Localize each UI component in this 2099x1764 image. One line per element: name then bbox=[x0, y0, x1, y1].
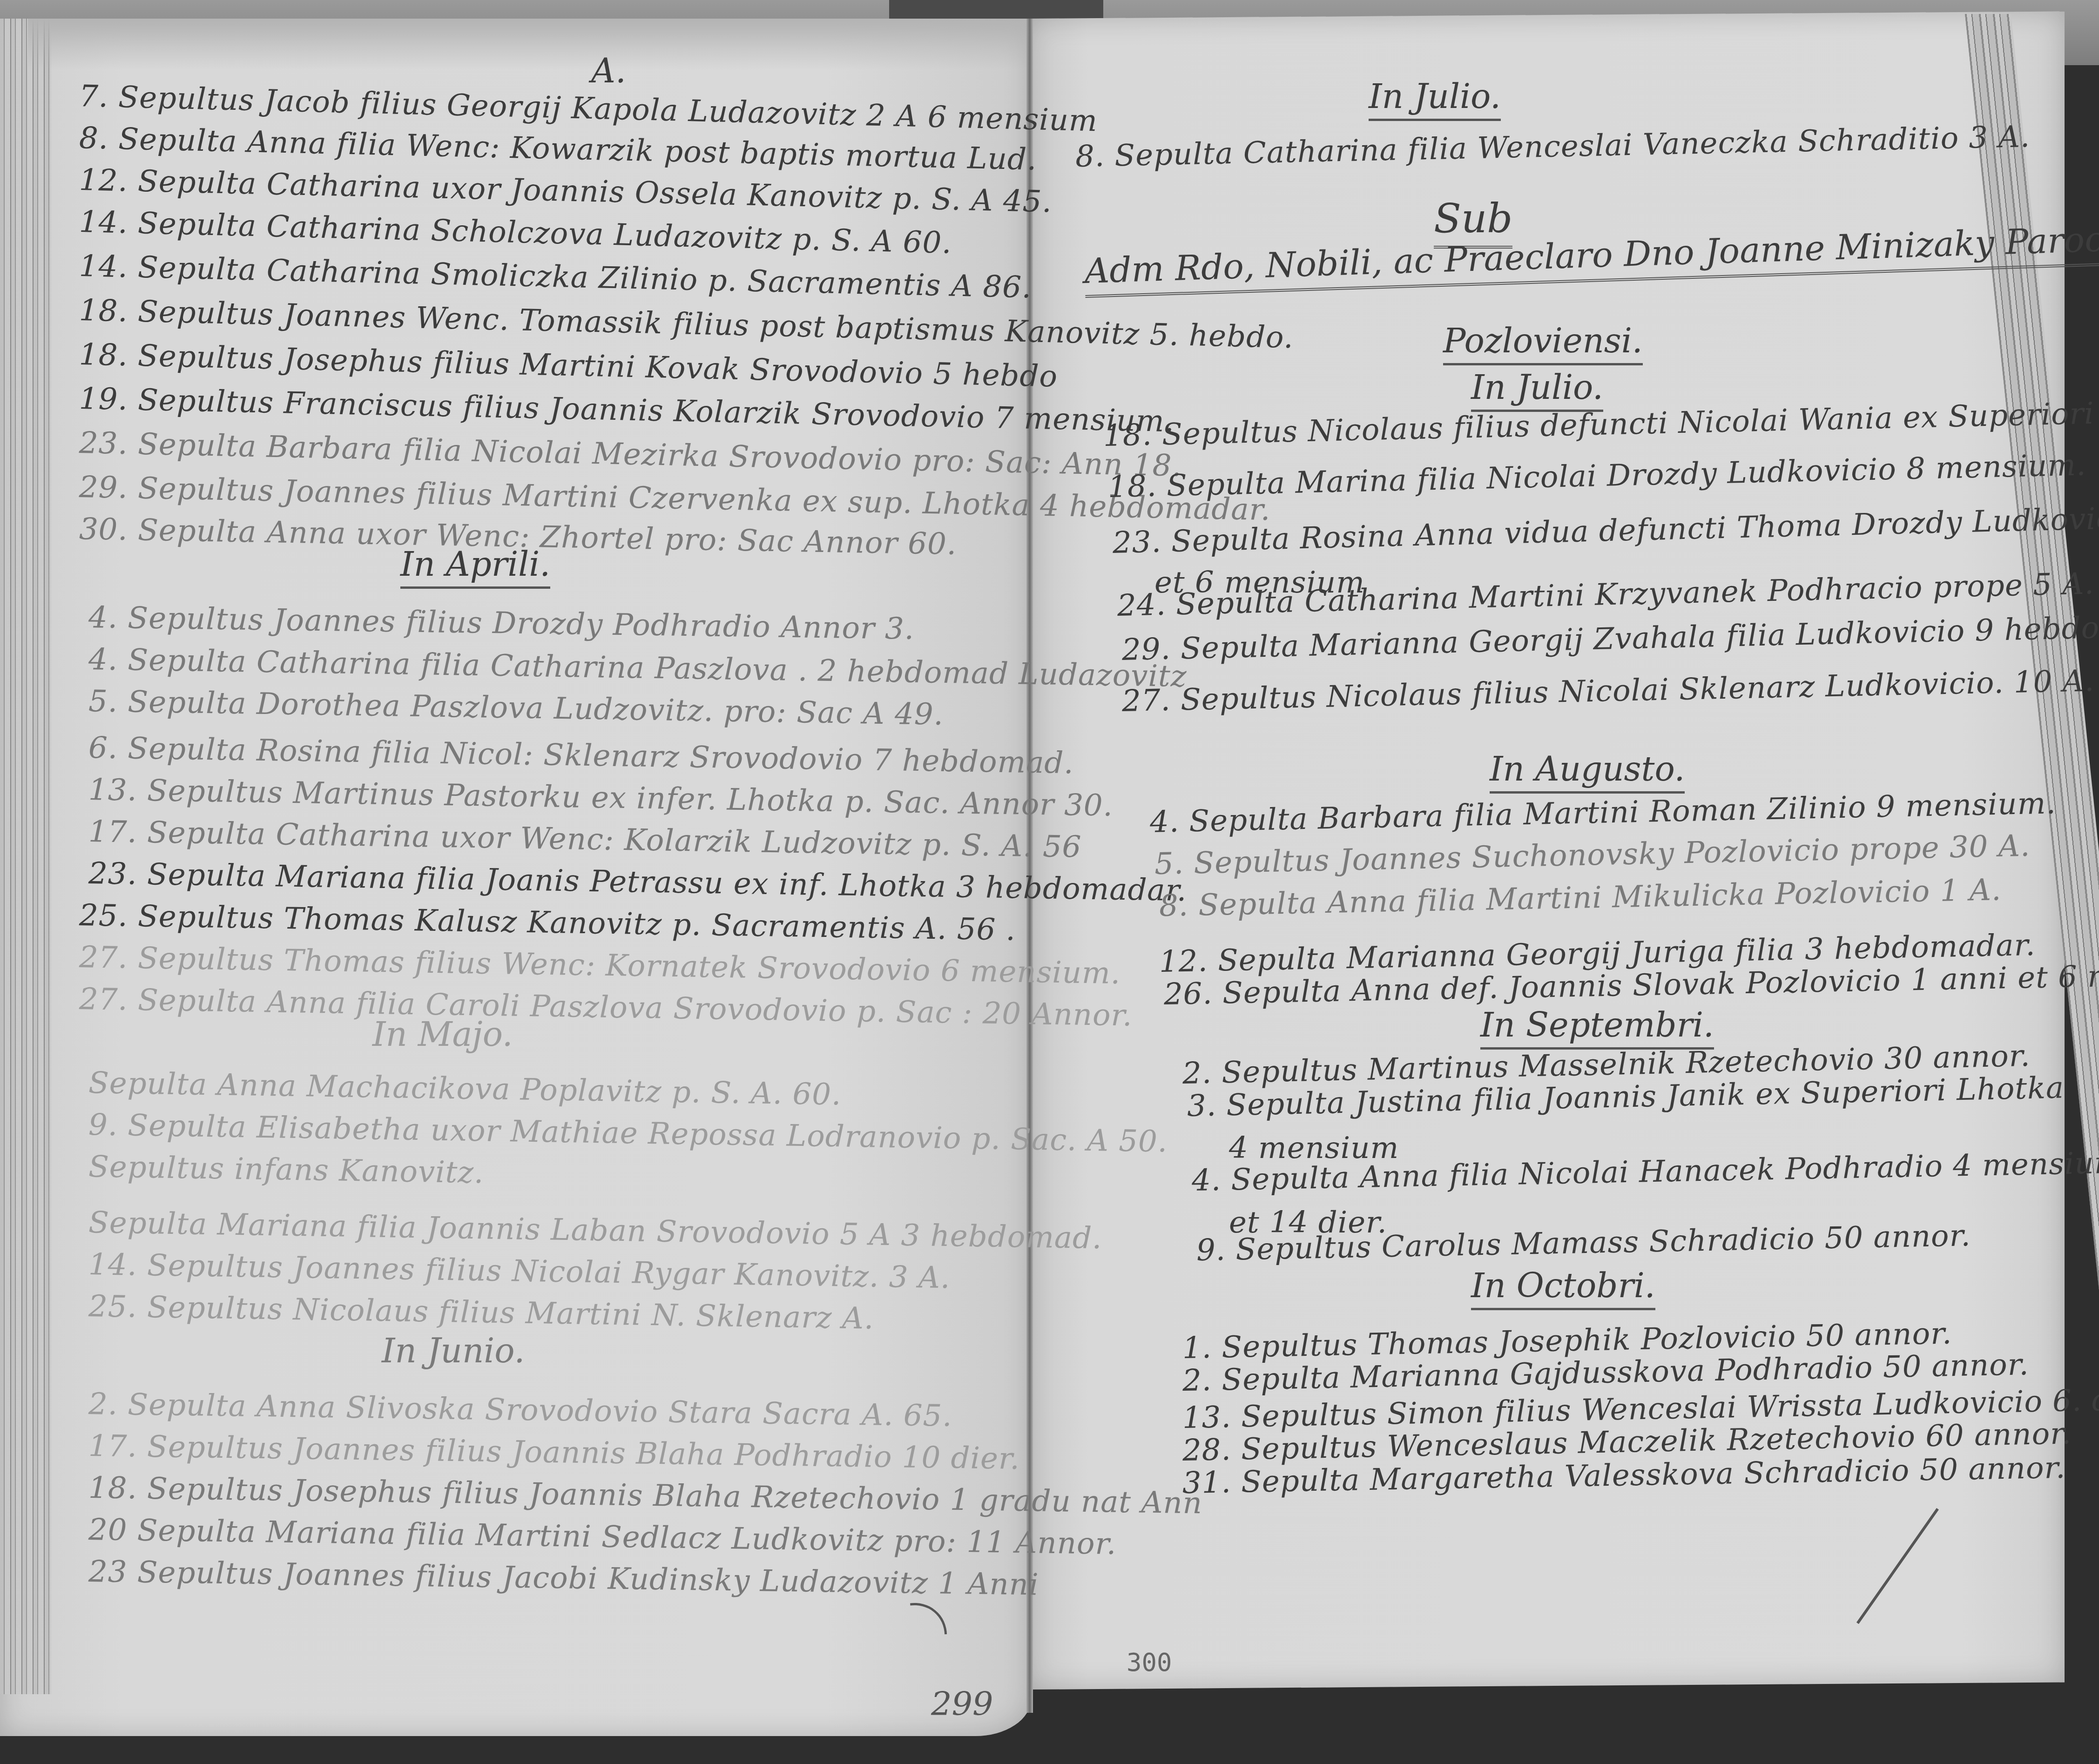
entry-day: 18. bbox=[79, 337, 128, 373]
entry-day: 12. bbox=[79, 163, 128, 198]
entry-day: 31. bbox=[1182, 1465, 1231, 1501]
entry-day: 8. bbox=[79, 121, 109, 156]
entry-day: 9. bbox=[88, 1108, 118, 1143]
entry-day: 29. bbox=[1121, 632, 1171, 667]
entry-day: 27. bbox=[79, 940, 128, 976]
month-heading-july-2: In Julio. bbox=[1471, 368, 1603, 412]
entry-day: 2. bbox=[88, 1387, 118, 1422]
entry-day: 14. bbox=[79, 205, 128, 241]
dedication-place: Pozloviensi. bbox=[1443, 321, 1643, 365]
entry-day: 23. bbox=[88, 856, 137, 892]
entry-day: 1. bbox=[1182, 1331, 1212, 1366]
entry-day: 3. bbox=[1187, 1089, 1217, 1124]
entry-day: 2. bbox=[1182, 1363, 1212, 1398]
page-number-left: 299 bbox=[931, 1685, 993, 1723]
entry-day: 26. bbox=[1163, 976, 1213, 1012]
entry-day: 4. bbox=[1149, 805, 1180, 840]
entry-day: 13. bbox=[1182, 1400, 1231, 1435]
entry-day: 14. bbox=[88, 1247, 137, 1283]
left-page-edges bbox=[0, 19, 51, 1694]
entry-day: 7. bbox=[79, 79, 109, 114]
entry-day: 27. bbox=[79, 982, 128, 1017]
entry-day: 5. bbox=[1154, 847, 1184, 882]
entry-day: 4. bbox=[88, 642, 118, 677]
entry-day: 23. bbox=[1112, 525, 1162, 560]
entry-day: 25. bbox=[79, 898, 128, 934]
entry-day: 2. bbox=[1182, 1056, 1212, 1091]
entry-day: 23. bbox=[79, 426, 128, 461]
entry-day: 17. bbox=[88, 1429, 137, 1464]
entry-day: 18. bbox=[1107, 469, 1157, 505]
entry-day: 9. bbox=[1196, 1233, 1226, 1268]
entry-day: 20 bbox=[88, 1513, 127, 1548]
entry-day: 18. bbox=[79, 293, 128, 329]
entry-day: 23 bbox=[88, 1555, 127, 1589]
entry-day: 18. bbox=[88, 1471, 137, 1506]
entry-day: 13. bbox=[88, 773, 137, 808]
entry-day: 4. bbox=[1191, 1163, 1221, 1198]
entry-day: 6. bbox=[88, 731, 118, 766]
month-heading-october: In Octobri. bbox=[1471, 1266, 1655, 1310]
entry-day: 17. bbox=[88, 815, 137, 850]
page-number-right: 300 bbox=[1127, 1648, 1172, 1677]
entry-day: 29. bbox=[79, 470, 128, 505]
entry-day: 18. bbox=[1103, 418, 1152, 453]
entry-day: 30. bbox=[79, 512, 128, 547]
entry-day: 19. bbox=[79, 382, 128, 417]
top-page-fold bbox=[28, 19, 1029, 70]
entry-day: 4. bbox=[88, 600, 118, 635]
month-heading-september: In Septembri. bbox=[1480, 1005, 1714, 1050]
entry-day: 25. bbox=[88, 1289, 137, 1325]
top-mark: A. bbox=[591, 51, 626, 90]
month-heading-august: In Augusto. bbox=[1490, 749, 1685, 794]
entry-day: 24. bbox=[1117, 588, 1166, 623]
entry-day: 8. bbox=[1075, 139, 1105, 174]
entry-day: 27. bbox=[1121, 683, 1171, 719]
month-heading-may: In Majo. bbox=[372, 1015, 513, 1054]
register-entry: Sepultus infans Kanovitz. bbox=[88, 1150, 484, 1190]
month-heading-june: In Junio. bbox=[382, 1331, 525, 1370]
entry-day: 14. bbox=[79, 249, 128, 284]
month-heading-july: In Julio. bbox=[1369, 77, 1501, 121]
month-heading-april: In Aprili. bbox=[400, 545, 550, 589]
entry-text: Sepultus infans Kanovitz. bbox=[88, 1150, 484, 1190]
entry-day: 28. bbox=[1182, 1433, 1231, 1468]
entry-day: 12. bbox=[1159, 944, 1208, 979]
entry-day: 5. bbox=[88, 684, 118, 719]
entry-day: 8. bbox=[1159, 889, 1188, 923]
